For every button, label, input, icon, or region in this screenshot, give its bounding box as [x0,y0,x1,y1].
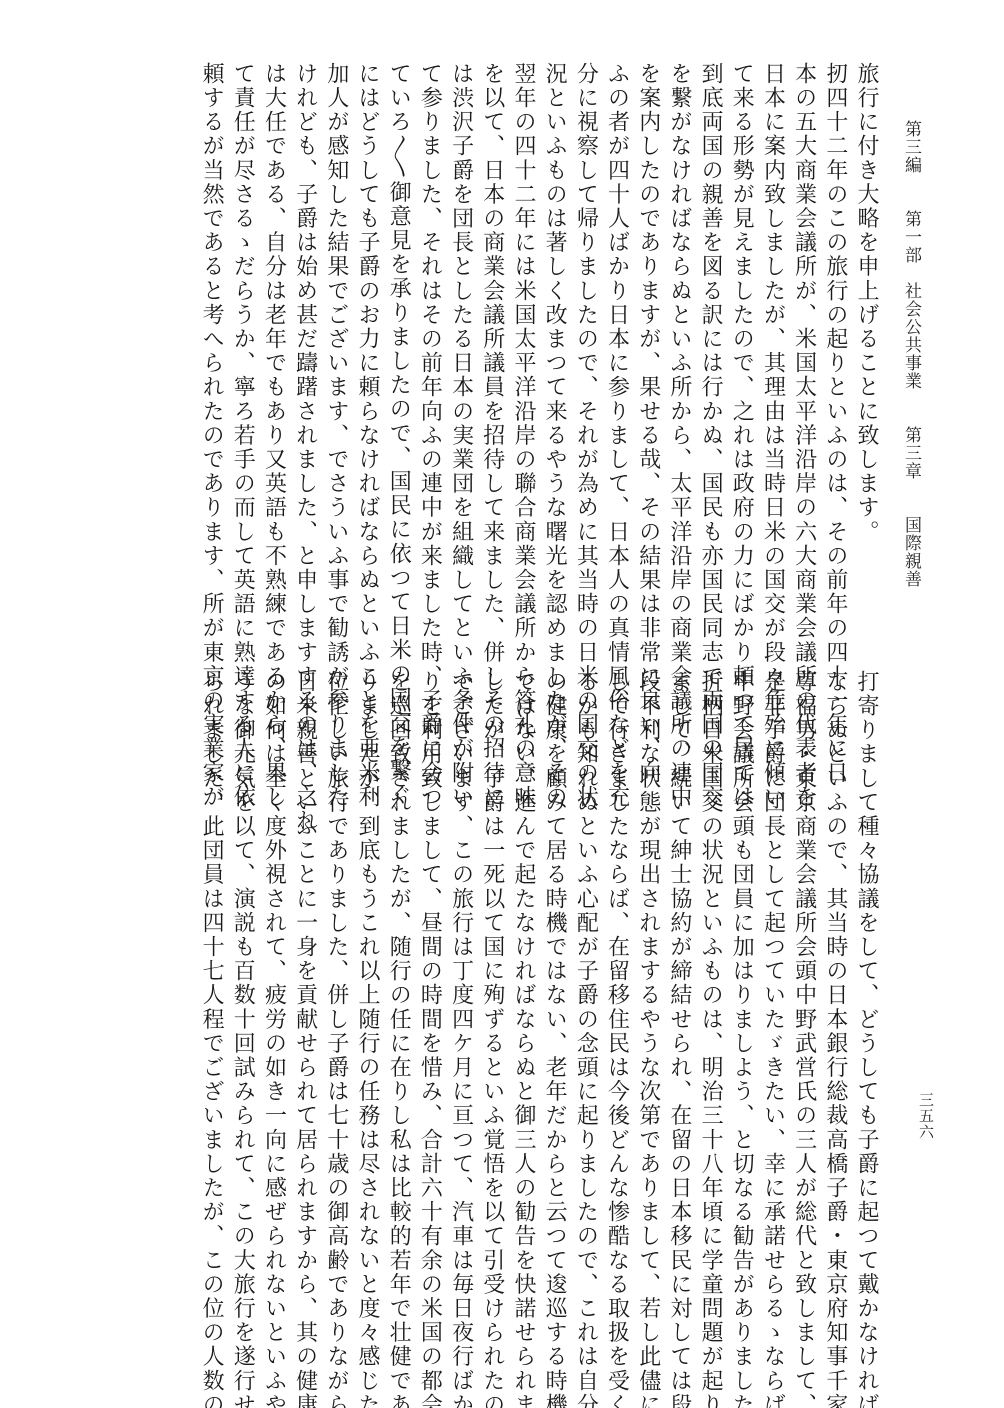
text-column: 到底両国の親善を図る訳には行かぬ、国民も亦国民同志で両国の国交 [695,62,724,652]
text-column: られました、此団員は四十七人程でございましたが、この位の人数の [196,670,225,1270]
text-column: を繋がなければならぬといふ所から、太平洋沿岸の商業会議所の連中 [664,62,693,652]
text-column: て参りました、それはその前年向ふの連中が来ました時、子爵に会つ [415,62,444,652]
header-chapter: 第三章 [901,426,921,480]
header-chapter-title: 国際親善 [901,516,921,588]
text-column: て来る形勢が見えましたので、之れは政府の力にばかり頼つて居ては [727,62,756,652]
text-column: 加人が感知した結果でございます、でさういふ事で勧誘が参りました [321,62,350,652]
text-column: の健康を顧みて居る時機ではない、老年だからと云つて逡巡する時機 [540,670,569,1270]
text-column: の如何は全く度外視されて、疲労の如き一向に感ぜられないといふや [259,670,288,1270]
text-column: 日本に案内致しましたが、其理由は当時日米の国交が段々危殆に傾い [758,62,787,652]
text-column: を以て、日本の商業会議所議員を招待して来ました、併しその招待に [477,62,506,652]
text-column: 旅行に付き大略を申上げることに致します。 [851,62,880,652]
text-column: ていろ〳〵御意見を承りましたので、国民に依つて日米の国交を繋ぐ [384,62,413,652]
text-column: 位忙しい旅行でありました、併し子爵は七十歳の御高齢でありながら [321,670,350,1270]
text-column: は大任である、自分は老年でもあり又英語も不熟練であるから、果し [259,62,288,652]
text-column: でございます、この旅行は丁度四ケ月に亘つて、汽車は毎日夜行ばか [446,670,475,1270]
text-column: 打寄りまして種々協議をして、どうしても子爵に起つて戴かなければ [851,670,880,1270]
running-header: 第三編 第一部 社会公共事業 第三章 国際親善 [900,120,922,588]
text-column: は渋沢子爵を団長としたる日本の実業団を組織してといふ条件が附い [446,62,475,652]
text-column: るかも知れぬといふ心配が子爵の念頭に起りましたので、これは自分 [571,670,600,1270]
text-column: 分に視察して帰りましたので、それが為めに其当時の日米の国交の状 [571,62,600,652]
text-column: ふの者が四十人ばかり日本に参りまして、日本人の真情風俗などを充 [602,62,631,652]
text-column: を案内したのでありますが、果せる哉、その結果は非常に良い、向 [633,62,662,652]
text-column: 頼するが当然であると考へられたのであります、所が東京の実業家が [196,62,225,652]
text-column: うな御元気を以て、演説も百数十回試みられて、この大旅行を遂行せ [228,670,257,1270]
text-column: 折柄日米国交の状況といふものは、明治三十八年頃に学童問題が起り [695,670,724,1270]
page-number: 三五六 [916,1092,937,1140]
top-text-block: 旅行に付き大略を申上げることに致します。 扨四十二年のこの旅行の起りといふのは、… [40,62,880,652]
text-column: 是非子爵に団長として起つていたゞきたい、幸に承諾せらるゝならば [758,670,787,1270]
text-column: 況といふものは著しく改まつて来るやうな曙光を認めましたが、その [540,62,569,652]
text-column: ではない、進んで起たなければならぬと御三人の勧告を快諾せられま [508,670,537,1270]
header-section-title: 社会公共事業 [901,282,921,390]
header-section: 第一部 [901,210,921,264]
text-column: りを利用致しまして、昼間の時間を惜み、合計六十有余の米国の都会 [415,670,444,1270]
bottom-text-block: 打寄りまして種々協議をして、どうしても子爵に起つて戴かなければ ならぬといふので… [40,670,880,1270]
text-column: にはどうしても子爵のお力に頼らなければならぬといふことを亜米利 [352,62,381,652]
text-column: 尊福男・東京商業会議所会頭中野武営氏の三人が総代と致しまして、 [789,670,818,1270]
text-column: りましたが、到底もうこれ以上随行の任務は尽されないと度々感じた [352,670,381,1270]
text-column: 翌年の四十二年には米国太平洋沿岸の聯合商業会議所から答礼の意味 [508,62,537,652]
text-column: を巡回致されましたが、随行の任に在りし私は比較的若年で壮健であ [384,670,413,1270]
text-column: まして、続いて紳士協約が締結せられ、在留の日本移民に対しては段 [664,670,693,1270]
text-column: 日米親善といふことに一身を貢献せられて居られますから、其の健康 [290,670,319,1270]
text-column: けれども、子爵は始め甚だ躊躇されました、と申しますするのは、之れ [290,62,319,652]
text-column: て責任が尽さるゝだらうか、寧ろ若手の而して英語に熟達する人に依 [228,62,257,652]
document-page: 第三編 第一部 社会公共事業 第三章 国際親善 三五六 旅行に付き大略を申上げる… [0,0,1004,1408]
text-column: 中野会議所会頭も団員に加はりましよう、と切なる勧告がありました [727,670,756,1270]
text-column: 本の五大商業会議所が、米国太平洋沿岸の六大商業会議所の代表者を [789,62,818,652]
text-column: して行きましたならば、在留移住民は今後どんな惨酷なる取扱を受く [602,670,631,1270]
text-column: 段不利な状態が現出されまするやうな次第でありまして、若し此儘に [633,670,662,1270]
text-column: 扨四十二年のこの旅行の起りといふのは、その前年の四十一年に日 [820,62,849,652]
text-column: ならぬといふので、其当時の日本銀行総裁高橋子爵・東京府知事千家 [820,670,849,1270]
text-column: したが、子爵は一死以て国に殉ずるといふ覚悟を以て引受けられたの [477,670,506,1270]
header-part: 第三編 [901,120,921,174]
